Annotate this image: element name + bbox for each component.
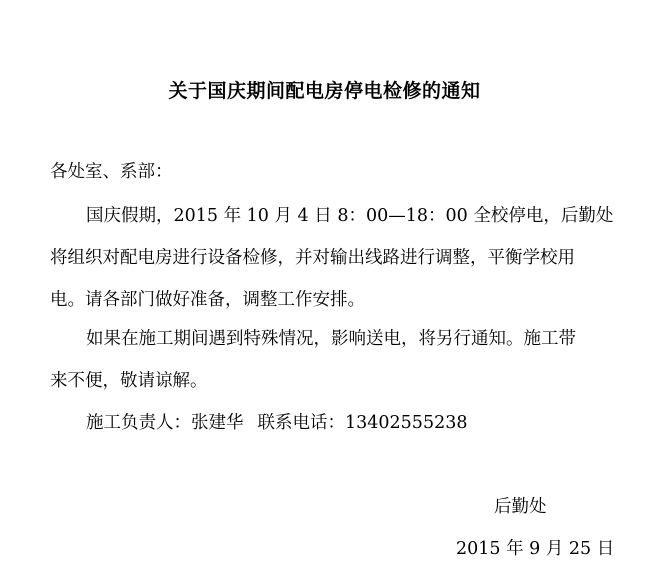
paragraph-1-line-3: 电。请各部门做好准备，调整工作安排。 <box>50 289 365 311</box>
salutation: 各处室、系部： <box>50 161 173 183</box>
contact-person: 施工负责人：张建华 <box>86 413 244 433</box>
paragraph-1-line-2: 将组织对配电房进行设备检修，并对输出线路进行调整，平衡学校用 <box>50 247 575 269</box>
paragraph-1-line-1: 国庆假期，2015 年 10 月 4 日 8：00—18：00 全校停电，后勤处 <box>86 205 613 227</box>
signature-organization: 后勤处 <box>494 496 547 518</box>
contact-phone: 联系电话：13402555238 <box>258 413 468 433</box>
document-title: 关于国庆期间配电房停电检修的通知 <box>0 76 649 103</box>
signature-date: 2015 年 9 月 25 日 <box>456 538 614 560</box>
contact-line: 施工负责人：张建华联系电话：13402555238 <box>86 412 467 434</box>
paragraph-2-line-2: 来不便，敬请谅解。 <box>50 370 208 392</box>
paragraph-2-line-1: 如果在施工期间遇到特殊情况，影响送电，将另行通知。施工带 <box>86 328 576 350</box>
